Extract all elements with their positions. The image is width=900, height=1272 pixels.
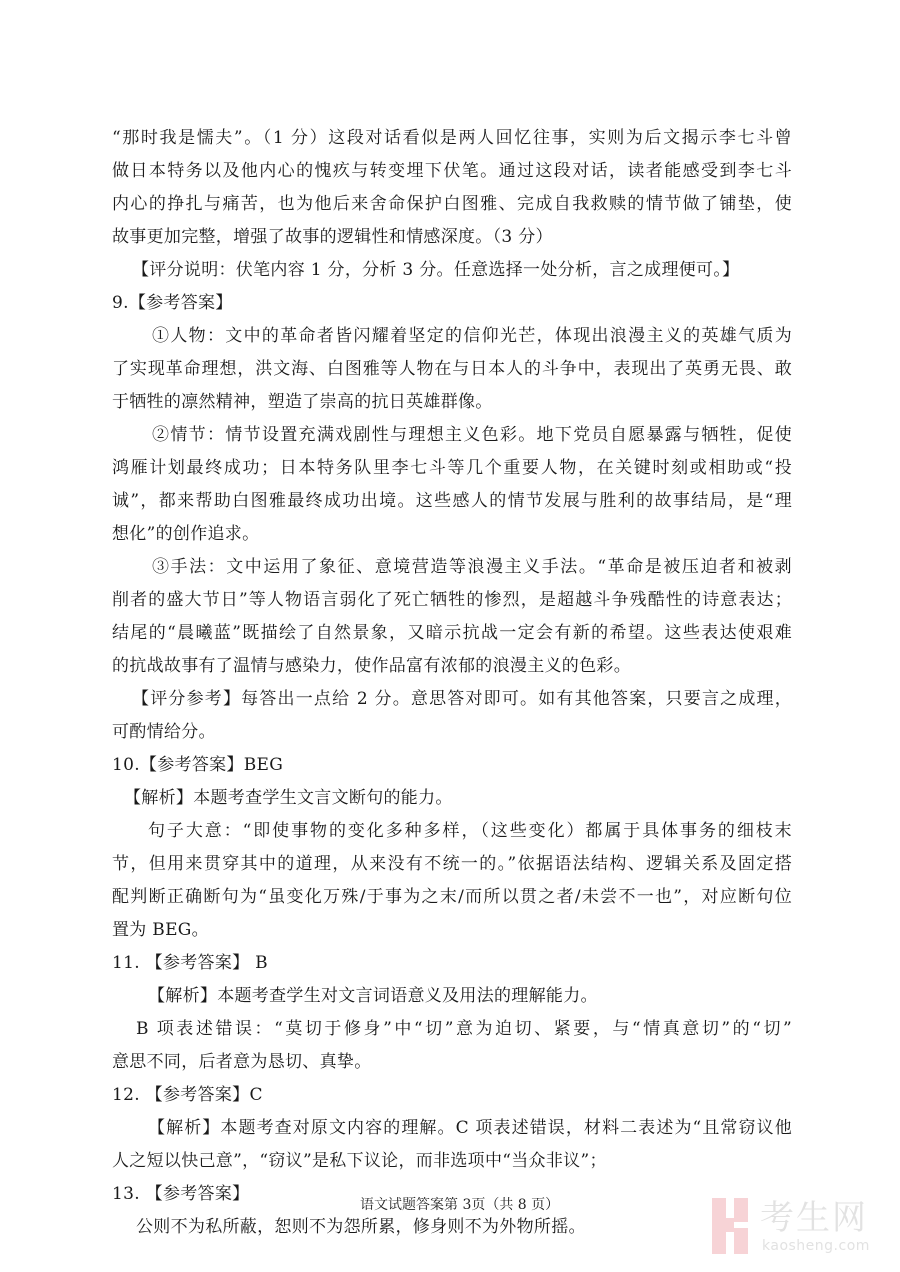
question-heading-9: 9.【参考答案】 xyxy=(112,293,792,313)
text-line: 内心的挣扎与痛苦，也为他后来舍命保护白图雅、完成自我救赎的情节做了铺垫，使 xyxy=(112,194,792,214)
watermark-title: 考生网 xyxy=(760,1198,868,1238)
text-line: 结尾的“晨曦蓝”既描绘了自然景象，又暗示抗战一定会有新的希望。这些表达使艰难 xyxy=(112,623,792,643)
text-line: “那时我是懦夫”。（1 分）这段对话看似是两人回忆往事，实则为后文揭示李七斗曾 xyxy=(112,128,792,148)
text-line: 想化”的创作追求。 xyxy=(112,524,792,544)
answer-point-plot: ②情节：情节设置充满戏剧性与理想主义色彩。地下党员自愿暴露与牺牲，促使 xyxy=(152,425,792,445)
text-line: 了实现革命理想，洪文海、白图雅等人物在与日本人的斗争中，表现出了英勇无畏、敢 xyxy=(112,359,792,379)
document-page: “那时我是懦夫”。（1 分）这段对话看似是两人回忆往事，实则为后文揭示李七斗曾 … xyxy=(0,0,900,1272)
answer-point-characters: ①人物：文中的革命者皆闪耀着坚定的信仰光芒，体现出浪漫主义的英雄气质为 xyxy=(152,326,792,346)
text-line: 故事更加完整，增强了故事的逻辑性和情感深度。（3 分） xyxy=(112,227,792,247)
watermark-subtitle: kaosheng.com xyxy=(762,1238,870,1254)
answer-point-technique: ③手法：文中运用了象征、意境营造等浪漫主义手法。“革命是被压迫者和被剥 xyxy=(152,557,792,577)
watermark-logo: 考生网 kaosheng.com xyxy=(712,1198,892,1260)
text-line: 置为 BEG。 xyxy=(112,920,792,940)
scoring-note: 【评分说明：伏笔内容 1 分，分析 3 分。任意选择一处分析，言之成理便可。】 xyxy=(132,260,812,280)
text-line: 削者的盛大节日”等人物语言弱化了死亡牺牲的惨烈，是超越斗争残酷性的诗意表达； xyxy=(112,590,792,610)
question-heading-11: 11. 【参考答案】 B xyxy=(112,953,792,973)
text-line: 意思不同，后者意为恳切、真挚。 xyxy=(112,1052,792,1072)
text-line: 鸿雁计划最终成功；日本特务队里李七斗等几个重要人物，在关键时刻或相助或“投 xyxy=(112,458,792,478)
text-line: 配判断正确断句为“虽变化万殊/于事为之末/而所以贯之者/未尝不一也”，对应断句位 xyxy=(112,887,792,907)
logo-mark-icon xyxy=(712,1198,752,1254)
analysis-line: 【解析】本题考查对原文内容的理解。C 项表述错误，材料二表述为“且常窃议他 xyxy=(148,1118,792,1138)
analysis-line: 【解析】本题考查学生文言文断句的能力。 xyxy=(124,788,804,808)
text-line: 人之短以快己意”，“窃议”是私下议论，而非选项中“当众非议”； xyxy=(112,1151,792,1171)
text-line: 的抗战故事有了温情与感染力，使作品富有浓郁的浪漫主义的色彩。 xyxy=(112,656,792,676)
scoring-note: 【评分参考】每答出一点给 2 分。意思答对即可。如有其他答案，只要言之成理， xyxy=(132,689,792,709)
analysis-line: 【解析】本题考查学生对文言词语意义及用法的理解能力。 xyxy=(148,986,828,1006)
text-line: 于牺牲的凛然精神，塑造了崇高的抗日英雄群像。 xyxy=(112,392,792,412)
text-line: 做日本特务以及他内心的愧疚与转变埋下伏笔。通过这段对话，读者能感受到李七斗 xyxy=(112,161,792,181)
text-line: 句子大意：“即使事物的变化多种多样，（这些变化）都属于具体事务的细枝末 xyxy=(148,821,792,841)
question-heading-12: 12. 【参考答案】C xyxy=(112,1085,792,1105)
page-footer: 语文试题答案第 3页（共 8 页） xyxy=(360,1196,559,1214)
text-line: 节，但用来贯穿其中的道理，从来没有不统一的。”依据语法结构、逻辑关系及固定搭 xyxy=(112,854,792,874)
text-line: 可酌情给分。 xyxy=(112,722,792,742)
text-line: B 项表述错误：“莫切于修身”中“切”意为迫切、紧要，与“情真意切”的“切” xyxy=(136,1019,792,1039)
question-heading-10: 10.【参考答案】BEG xyxy=(112,755,792,775)
text-line: 诚”，都来帮助白图雅最终成功出境。这些感人的情节发展与胜利的故事结局，是“理 xyxy=(112,491,792,511)
